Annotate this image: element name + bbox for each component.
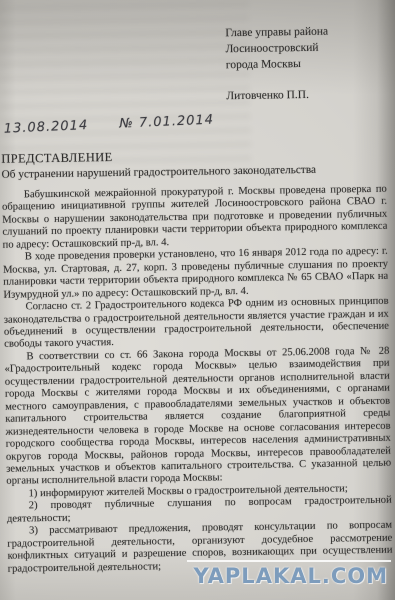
handwritten-number: № 7.01.2014 (119, 113, 214, 132)
paragraph: Согласно ст. 2 Градостроительного кодекс… (4, 296, 390, 352)
paragraph: В соответствии со ст. 66 Закона города М… (4, 346, 391, 489)
paragraph: Бабушкинской межрайонной прокуратурой г.… (2, 184, 388, 252)
handwritten-date: 13.08.2014 (3, 118, 88, 137)
paragraph: В ходе проведения проверки установлено, … (3, 246, 389, 302)
recipient-name: Литовченко П.П. (226, 86, 391, 105)
watermark: YAPLAKAL.COM (187, 560, 391, 588)
recipient-block: Главе управы района Лосиноостровский гор… (225, 23, 391, 105)
document-photo: Главе управы района Лосиноостровский гор… (0, 0, 395, 600)
handwritten-date-number: 13.08.2014 № 7.01.2014 (3, 105, 391, 137)
document-body: Бабушкинской межрайонной прокуратурой г.… (2, 184, 393, 576)
document-page: Главе управы района Лосиноостровский гор… (0, 0, 395, 600)
recipient-line: города Москвы (226, 55, 391, 74)
